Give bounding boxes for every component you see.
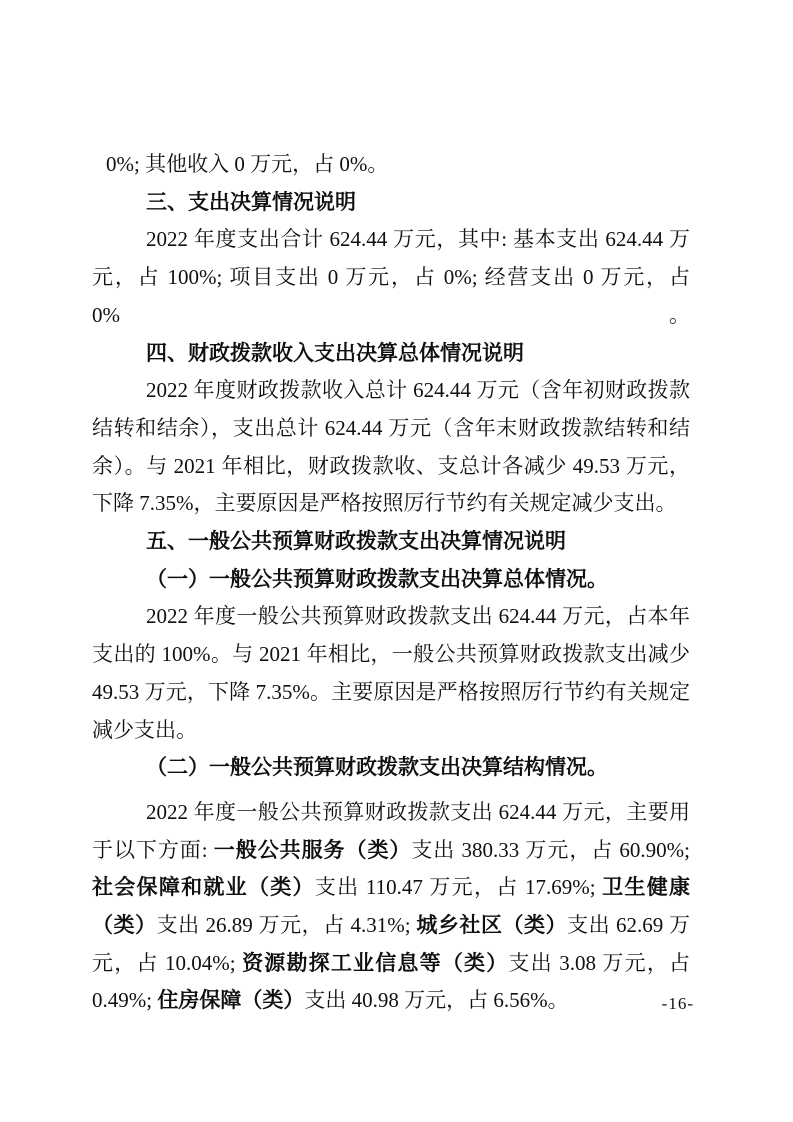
page-number: -16-	[662, 994, 694, 1014]
text-line: 2022 年度一般公共预算财政拨款支出 624.44 万元，主要用	[92, 794, 690, 832]
text-run: 0%; 其他收入 0 万元，占 0%。	[106, 152, 388, 176]
text-run: 49.53 万元，下降 7.35%。主要原因是严格按照厉行节约有关规定	[92, 680, 690, 704]
text-run: 下降 7.35%，主要原因是严格按照厉行节约有关规定减少支出。	[92, 491, 677, 515]
text-run: 2022 年度一般公共预算财政拨款支出 624.44 万元，主要用	[146, 800, 690, 824]
text-line: 2022 年度一般公共预算财政拨款支出 624.44 万元，占本年	[92, 598, 690, 636]
bold-text-run: 城乡社区（类）	[416, 914, 567, 937]
text-run: 2022 年度支出合计 624.44 万元，其中: 基本支出 624.44 万	[146, 227, 690, 251]
bold-text-run: （类）	[92, 914, 157, 937]
text-line: 社会保障和就业（类）支出 110.47 万元，占 17.69%; 卫生健康	[92, 869, 690, 907]
text-line: 支出的 100%。与 2021 年相比，一般公共预算财政拨款支出减少	[92, 636, 690, 674]
text-run: 支出 40.98 万元，占 6.56%。	[304, 988, 568, 1012]
text-line: 下降 7.35%，主要原因是严格按照厉行节约有关规定减少支出。	[92, 485, 690, 523]
text-run: 元，占 10.04%;	[92, 951, 242, 975]
bold-text-run: 一般公共服务（类）	[214, 839, 412, 862]
text-line: 2022 年度财政拨款收入总计 624.44 万元（含年初财政拨款	[92, 372, 690, 410]
document-page: 0%; 其他收入 0 万元，占 0%。三、支出决算情况说明2022 年度支出合计…	[0, 0, 793, 1122]
text-run: 2022 年度财政拨款收入总计 624.44 万元（含年初财政拨款	[146, 378, 690, 402]
document-body: 0%; 其他收入 0 万元，占 0%。三、支出决算情况说明2022 年度支出合计…	[92, 146, 690, 1020]
text-line: （类）支出 26.89 万元，占 4.31%; 城乡社区（类）支出 62.69 …	[92, 907, 690, 945]
section-heading-line: 五、一般公共预算财政拨款支出决算情况说明	[92, 523, 690, 561]
text-run: 支出 110.47 万元，占 17.69%;	[315, 875, 602, 899]
text-line: 于以下方面: 一般公共服务（类）支出 380.33 万元，占 60.90%;	[92, 832, 690, 870]
bold-text-run: （一）一般公共预算财政拨款支出决算总体情况。	[146, 568, 608, 591]
text-run: 元，占 100%; 项目支出 0 万元，占 0%; 经营支出 0 万元，占 0%…	[92, 265, 690, 327]
text-run: 结转和结余），支出总计 624.44 万元（含年末财政拨款结转和结	[92, 416, 690, 440]
text-line: 减少支出。	[92, 712, 690, 750]
text-run: 支出的 100%。与 2021 年相比，一般公共预算财政拨款支出减少	[92, 642, 690, 666]
text-line: 余）。与 2021 年相比，财政拨款收、支总计各减少 49.53 万元，	[92, 448, 690, 486]
section-heading-line: 三、支出决算情况说明	[92, 184, 690, 222]
text-run: 支出 62.69 万	[567, 913, 690, 937]
bold-text-run: 三、支出决算情况说明	[146, 191, 356, 214]
text-run: 于以下方面:	[92, 838, 214, 862]
text-run: 支出 3.08 万元，占	[508, 951, 690, 975]
bold-text-run: 社会保障和就业（类）	[92, 876, 315, 899]
text-line: 2022 年度支出合计 624.44 万元，其中: 基本支出 624.44 万	[92, 221, 690, 259]
text-run: 0.49%;	[92, 988, 157, 1012]
text-line: 元，占 100%; 项目支出 0 万元，占 0%; 经营支出 0 万元，占 0%…	[92, 259, 690, 334]
sub-heading-line: （一）一般公共预算财政拨款支出决算总体情况。	[92, 561, 690, 599]
text-run: 支出 26.89 万元，占 4.31%;	[157, 913, 417, 937]
bold-text-run: 资源勘探工业信息等（类）	[242, 952, 508, 975]
bold-text-run: （二）一般公共预算财政拨款支出决算结构情况。	[146, 756, 608, 779]
text-run: 余）。与 2021 年相比，财政拨款收、支总计各减少 49.53 万元，	[92, 454, 690, 478]
text-line: 0.49%; 住房保障（类）支出 40.98 万元，占 6.56%。	[92, 982, 690, 1020]
text-run: 减少支出。	[92, 718, 197, 742]
text-line: 49.53 万元，下降 7.35%。主要原因是严格按照厉行节约有关规定	[92, 674, 690, 712]
bold-text-run: 五、一般公共预算财政拨款支出决算情况说明	[146, 530, 566, 553]
text-run: 支出 380.33 万元，占 60.90%;	[411, 838, 690, 862]
text-run: 2022 年度一般公共预算财政拨款支出 624.44 万元，占本年	[146, 604, 690, 628]
bold-text-run: 四、财政拨款收入支出决算总体情况说明	[146, 342, 524, 365]
text-line: 元，占 10.04%; 资源勘探工业信息等（类）支出 3.08 万元，占	[92, 945, 690, 983]
bold-text-run: 住房保障（类）	[157, 989, 304, 1012]
bold-text-run: 卫生健康	[602, 876, 690, 899]
section-heading-line: 四、财政拨款收入支出决算总体情况说明	[92, 335, 690, 373]
text-line: 结转和结余），支出总计 624.44 万元（含年末财政拨款结转和结	[92, 410, 690, 448]
sub-heading-line: （二）一般公共预算财政拨款支出决算结构情况。	[92, 749, 690, 787]
text-line: 0%; 其他收入 0 万元，占 0%。	[92, 146, 690, 184]
